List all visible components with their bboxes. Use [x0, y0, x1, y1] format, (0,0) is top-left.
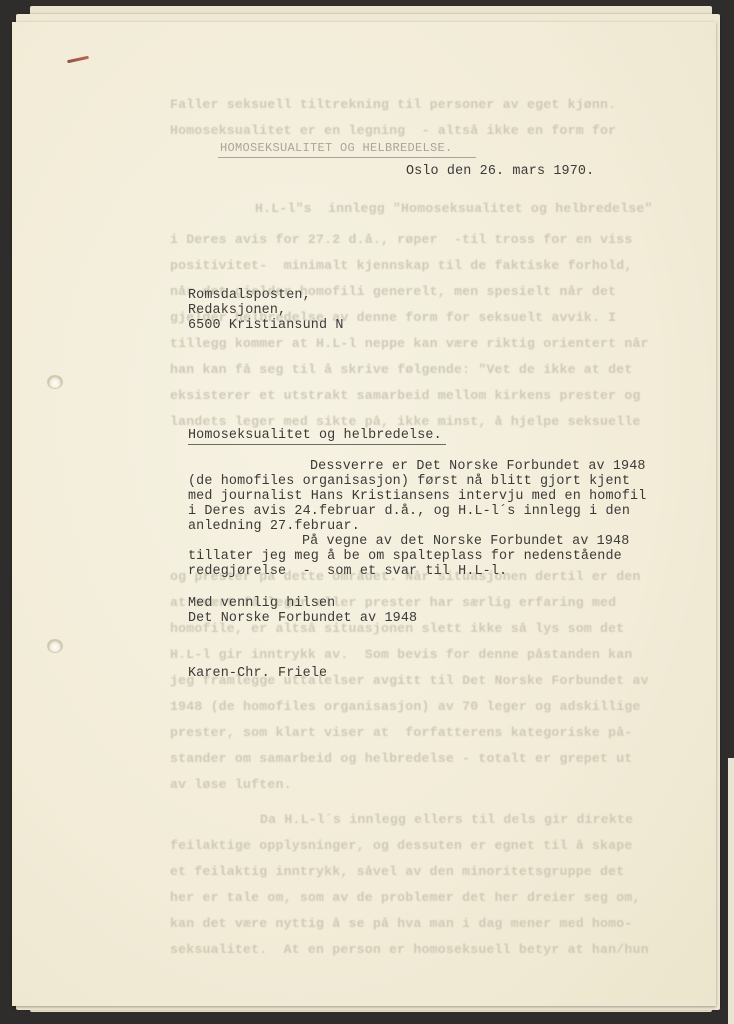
bleed-line: Homoseksualitet er en legning - altså ik…	[170, 123, 616, 138]
background-strip	[728, 758, 734, 1024]
body-line: redegjørelse - som et svar til H.L-l.	[188, 564, 507, 579]
bleed-line: her er tale om, som av de problemer det …	[170, 890, 641, 905]
body-line: i Deres avis 24.februar d.å., og H.L-l´s…	[188, 504, 630, 519]
faint-heading: HOMOSEKSUALITET OG HELBREDELSE.	[220, 141, 453, 155]
punch-hole-icon	[47, 639, 63, 653]
body-line: (de homofiles organisasjon) først nå bli…	[188, 474, 630, 489]
subject-line: Homoseksualitet og helbredelse.	[188, 428, 442, 443]
bleed-line: stander om samarbeid og helbredelse - to…	[170, 751, 633, 766]
body-line: anledning 27.februar.	[188, 519, 360, 534]
closing-line: Det Norske Forbundet av 1948	[188, 611, 417, 626]
bleed-line: av løse luften.	[170, 777, 292, 792]
bleed-line: H.L-l"s innlegg "Homoseksualitet og helb…	[255, 201, 653, 216]
closing-line: Med vennlig hilsen	[188, 596, 335, 611]
body-line: Dessverre er Det Norske Forbundet av 194…	[310, 459, 646, 474]
bleed-line: Da H.L-l´s innlegg ellers til dels gir d…	[260, 812, 633, 827]
recipient-line: 6500 Kristiansund N	[188, 318, 344, 333]
body-line: tillater jeg meg å be om spalteplass for…	[188, 549, 622, 564]
heading-underline	[218, 157, 476, 158]
body-line: med journalist Hans Kristiansens intervj…	[188, 489, 646, 504]
bleed-line: i Deres avis for 27.2 d.å., røper -til t…	[170, 232, 633, 247]
bleed-line: seksualitet. At en person er homoseksuel…	[170, 942, 649, 957]
recipient-line: Romsdalsposten,	[188, 288, 311, 303]
body-line: På vegne av det Norske Forbundet av 1948	[302, 534, 629, 549]
bleed-line: et feilaktig inntrykk, såvel av den mino…	[170, 864, 624, 879]
bleed-line: kan det være nyttig å se på hva man i da…	[170, 916, 633, 931]
punch-hole-icon	[47, 375, 63, 389]
ink-mark	[67, 56, 89, 64]
letter-page: Faller seksuell tiltrekning til personer…	[12, 22, 716, 1006]
bleed-line: han kan få seg til å skrive følgende: "V…	[170, 362, 633, 377]
bleed-line: feilaktige opplysninger, og dessuten er …	[170, 838, 633, 853]
date-line: Oslo den 26. mars 1970.	[406, 164, 594, 179]
bleed-line: 1948 (de homofiles organisasjon) av 70 l…	[170, 699, 641, 714]
bleed-line: prester, som klart viser at forfatterens…	[170, 725, 633, 740]
bleed-line: Faller seksuell tiltrekning til personer…	[170, 97, 616, 112]
bleed-line: positivitet- minimalt kjennskap til de f…	[170, 258, 633, 273]
signature-name: Karen-Chr. Friele	[188, 666, 327, 681]
bleed-line: eksisterer et utstrakt samarbeid mellom …	[170, 388, 641, 403]
bleed-line: H.L-l gir inntrykk av. Som bevis for den…	[170, 647, 633, 662]
subject-underline	[188, 444, 446, 445]
bleed-line: landets leger med sikte på, ikke minst, …	[170, 414, 641, 429]
recipient-line: Redaksjonen,	[188, 303, 286, 318]
bleed-line: tillegg kommer at H.L-l neppe kan være r…	[170, 336, 649, 351]
document-scan: Faller seksuell tiltrekning til personer…	[0, 0, 734, 1024]
